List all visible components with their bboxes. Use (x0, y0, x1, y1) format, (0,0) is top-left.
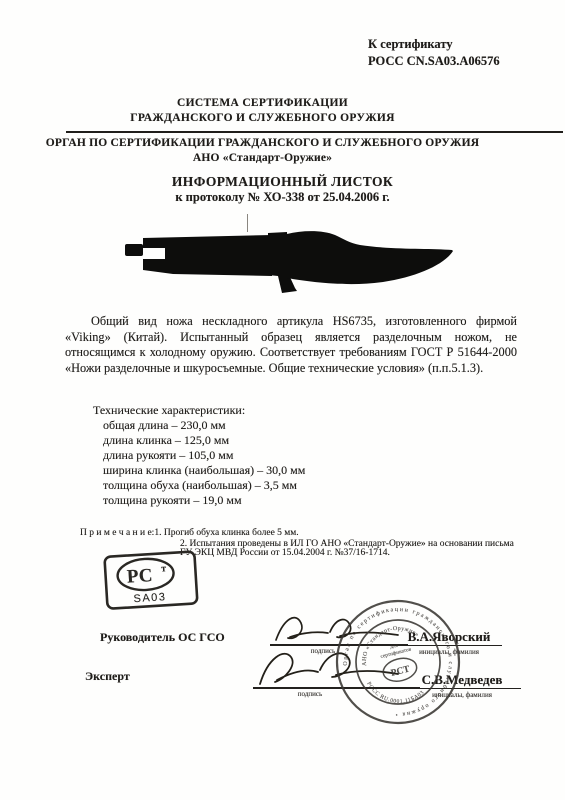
spec-item: толщина рукояти – 19,0 мм (103, 493, 305, 508)
seal-outer-ring-text: • Орган по сертификации гражданского и с… (333, 597, 463, 727)
certificate-number: РОСС CN.SA03.A06576 (368, 53, 500, 70)
document-title: ИНФОРМАЦИОННЫЙ ЛИСТОК (0, 174, 565, 190)
document-subtitle: к протоколу № ХО-338 от 25.04.2006 г. (0, 190, 565, 205)
certificate-reference: К сертификату РОСС CN.SA03.A06576 (368, 36, 500, 70)
conformity-mark-stamp: РС т SA03 (100, 547, 206, 615)
note-1: 1. Прогиб обуха клинка более 5 мм. (154, 528, 298, 538)
note-2-line2: ГУ ЭКЦ МВД России от 15.04.2004 г. №37/1… (180, 548, 390, 558)
spec-item: длина клинка – 125,0 мм (103, 433, 305, 448)
notes-label: П р и м е ч а н и е: (80, 528, 154, 538)
system-title-line1: СИСТЕМА СЕРТИФИКАЦИИ (0, 96, 525, 111)
role-head-of-body: Руководитель ОС ГСО (100, 630, 225, 645)
rst-logo-text: РС (126, 565, 153, 588)
org-title-line2: АНО «Стандарт-Оружие» (0, 151, 525, 166)
specs-heading: Технические характеристики: (93, 403, 245, 418)
certificate-reference-line1: К сертификату (368, 36, 500, 53)
knife-silhouette-image (99, 219, 477, 311)
certification-system-header: СИСТЕМА СЕРТИФИКАЦИИ ГРАЖДАНСКОГО И СЛУЖ… (0, 96, 525, 126)
rst-logo-t: т (161, 563, 167, 574)
specs-list: общая длина – 230,0 мм длина клинка – 12… (103, 418, 305, 507)
spec-item: общая длина – 230,0 мм (103, 418, 305, 433)
seal-outer-circle (333, 597, 463, 727)
description-paragraph: Общий вид ножа нескладного артикула HS67… (65, 314, 517, 376)
certification-body-header: ОРГАН ПО СЕРТИФИКАЦИИ ГРАЖДАНСКОГО И СЛУ… (0, 136, 525, 166)
knife-pommel (125, 244, 143, 256)
role-expert: Эксперт (85, 669, 130, 684)
knife-blade (287, 231, 453, 284)
spec-item: ширина клинка (наибольшая) – 30,0 мм (103, 463, 305, 478)
round-seal-stamp: • Орган по сертификации гражданского и с… (333, 597, 463, 727)
svg-text:• Орган по сертификации гражда: • Орган по сертификации гражданского и с… (333, 597, 463, 727)
notes-row1: П р и м е ч а н и е:1. Прогиб обуха клин… (80, 528, 299, 538)
org-title-line1: ОРГАН ПО СЕРТИФИКАЦИИ ГРАЖДАНСКОГО И СЛУ… (0, 136, 525, 151)
spec-item: толщина обуха (наибольшая) – 3,5 мм (103, 478, 305, 493)
header-divider-line (66, 131, 563, 133)
knife-handle (143, 235, 272, 276)
spec-item: длина рукояти – 105,0 мм (103, 448, 305, 463)
seal-logo-text: РСТ (390, 664, 412, 678)
system-title-line2: ГРАЖДАНСКОГО И СЛУЖЕБНОГО ОРУЖИЯ (0, 111, 525, 126)
mark-code: SA03 (133, 591, 167, 605)
scanned-certificate-page: К сертификату РОСС CN.SA03.A06576 СИСТЕМ… (0, 0, 565, 800)
